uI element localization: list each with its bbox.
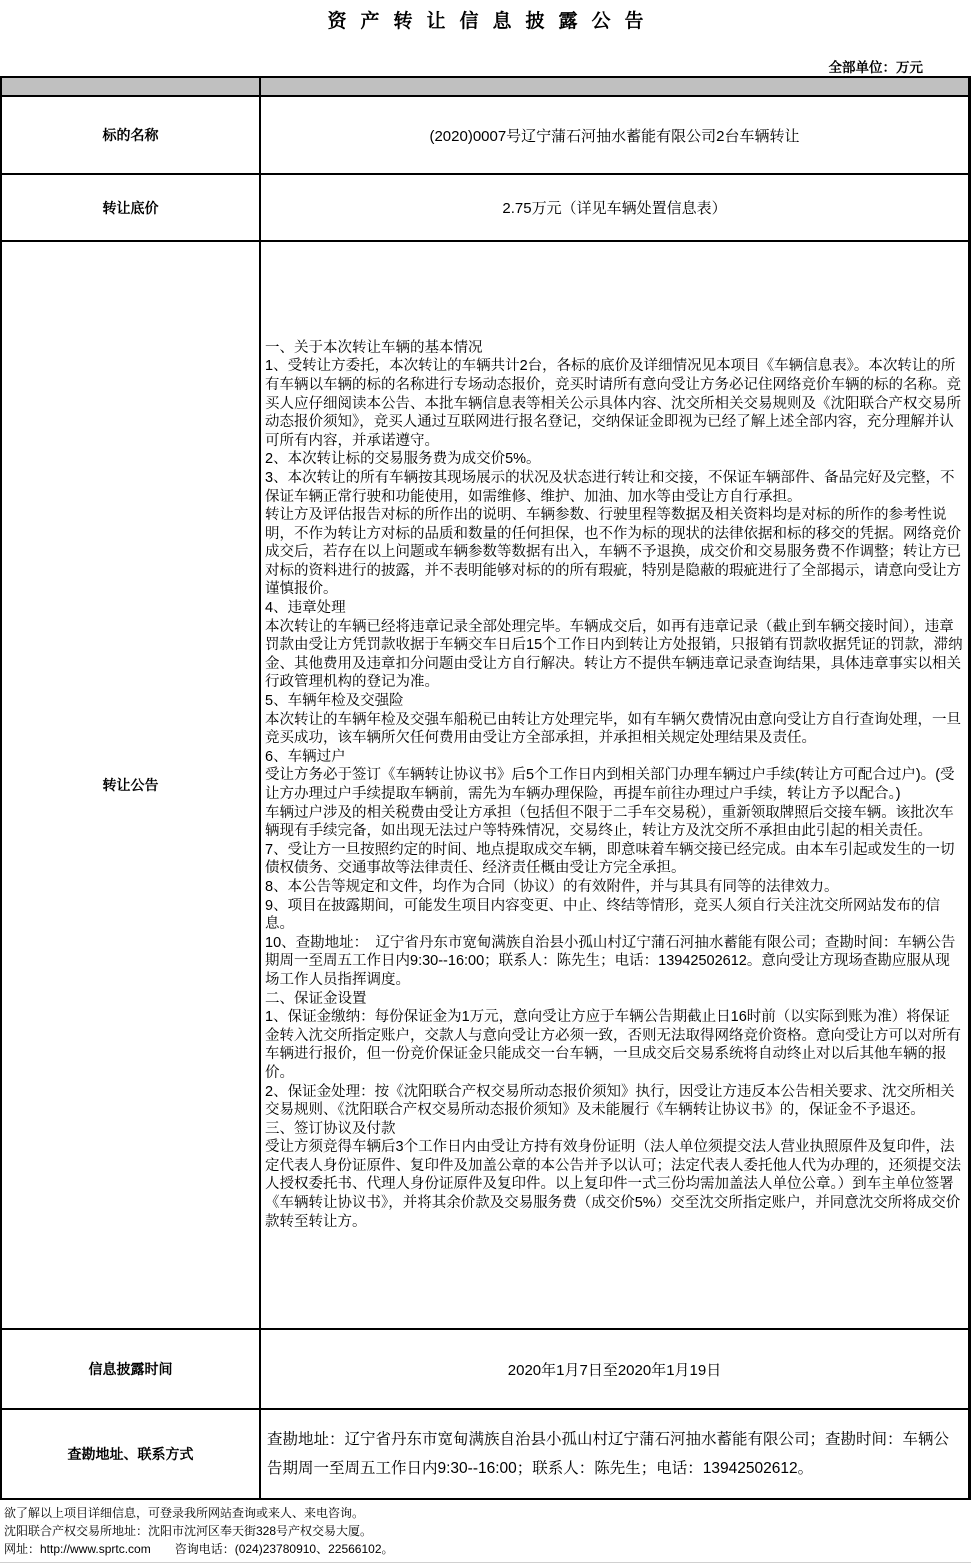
transfer-notice-text: 一、关于本次转让车辆的基本情况1、受转让方委托，本次转让的车辆共计2台，各标的底… xyxy=(265,339,964,1232)
page-footer: 欲了解以上项目详细信息，可登录我所网站查询或来人、来电咨询。沈阳联合产权交易所地… xyxy=(4,1504,967,1558)
table-row-transfer-price: 转让底价 2.75万元（详见车辆处置信息表） xyxy=(2,175,968,242)
header-band-label-cell xyxy=(2,78,261,95)
subject-name-label: 标的名称 xyxy=(2,97,261,173)
table-row-subject-name: 标的名称 (2020)0007号辽宁蒲石河抽水蓄能有限公司2台车辆转让 xyxy=(2,97,968,175)
announcement-table: 标的名称 (2020)0007号辽宁蒲石河抽水蓄能有限公司2台车辆转让 转让底价… xyxy=(0,76,971,1500)
page-title: 资产转让信息披露公告 xyxy=(0,6,971,33)
transfer-notice-cell: 一、关于本次转让车辆的基本情况1、受转让方委托，本次转让的车辆共计2台，各标的底… xyxy=(261,242,968,1328)
table-row-transfer-notice: 转让公告 一、关于本次转让车辆的基本情况1、受转让方委托，本次转让的车辆共计2台… xyxy=(2,242,968,1330)
survey-contact-value: 查勘地址：辽宁省丹东市宽甸满族自治县小孤山村辽宁蒲石河抽水蓄能有限公司；查勘时间… xyxy=(261,1410,968,1498)
survey-contact-label: 查勘地址、联系方式 xyxy=(2,1410,261,1498)
transfer-price-value: 2.75万元（详见车辆处置信息表） xyxy=(261,175,968,240)
transfer-price-label: 转让底价 xyxy=(2,175,261,240)
announcement-page: 资产转让信息披露公告 全部单位：万元 标的名称 (2020)0007号辽宁蒲石河… xyxy=(0,0,971,1568)
table-row-disclosure-period: 信息披露时间 2020年1月7日至2020年1月19日 xyxy=(2,1330,968,1410)
disclosure-period-value: 2020年1月7日至2020年1月19日 xyxy=(261,1330,968,1408)
subject-name-value: (2020)0007号辽宁蒲石河抽水蓄能有限公司2台车辆转让 xyxy=(261,97,968,173)
header-band-value-cell xyxy=(261,78,968,95)
bottom-divider xyxy=(0,1562,971,1563)
transfer-notice-label: 转让公告 xyxy=(2,242,261,1328)
table-row-survey-contact: 查勘地址、联系方式 查勘地址：辽宁省丹东市宽甸满族自治县小孤山村辽宁蒲石河抽水蓄… xyxy=(2,1410,968,1498)
disclosure-period-label: 信息披露时间 xyxy=(2,1330,261,1408)
table-header-band xyxy=(2,78,968,97)
unit-note: 全部单位：万元 xyxy=(829,56,924,76)
